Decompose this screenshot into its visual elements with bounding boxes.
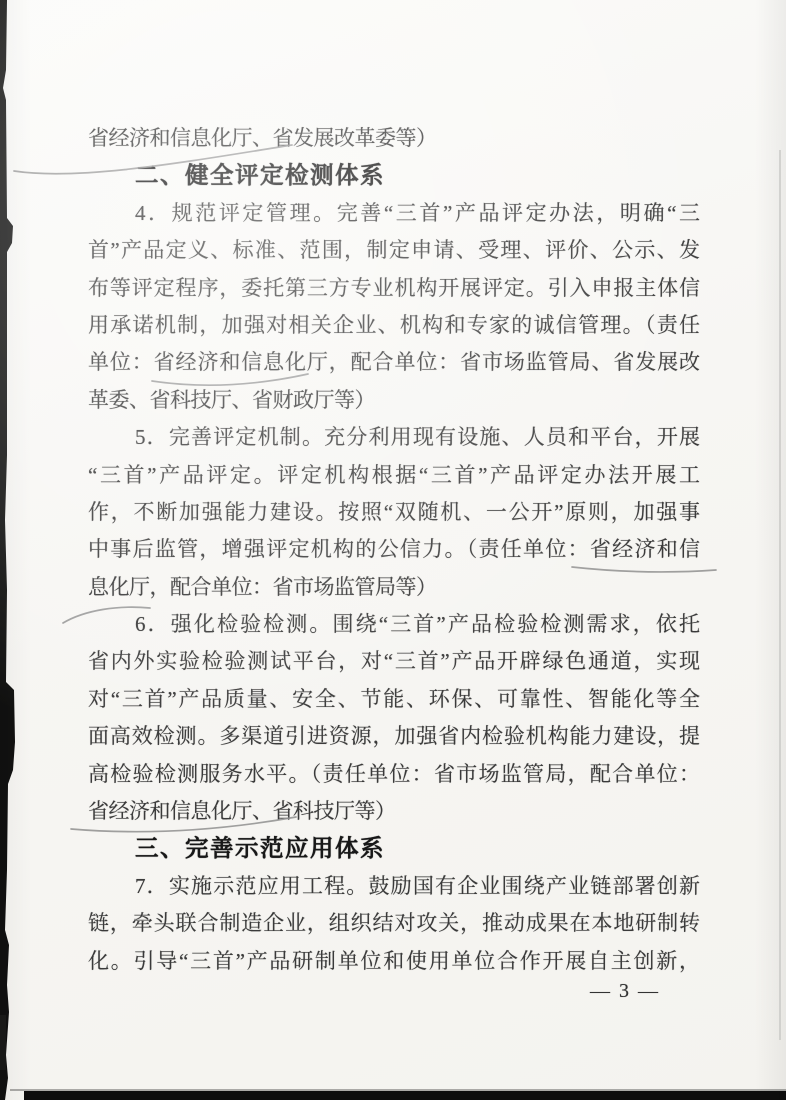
paragraph-line: 5．完善评定机制。充分利用现有设施、人员和平台，开展 [88, 419, 700, 456]
paragraph-line: 链，牵头联合制造企业，组织结对攻关，推动成果在本地研制转 [88, 905, 700, 942]
paragraph-line: 息化厅，配合单位：省市场监管局等） [88, 569, 700, 606]
scanned-document-page: 省经济和信息化厅、省发展改革委等） 二、健全评定检测体系 4．规范评定管理。完善… [0, 0, 786, 1100]
paragraph-line: 布等评定程序，委托第三方专业机构开展评定。引入申报主体信 [88, 270, 700, 307]
paragraph-line: 省内外实验检验测试平台，对“三首”产品开辟绿色通道，实现 [88, 643, 700, 680]
paragraph-line: 化。引导“三首”产品研制单位和使用单位合作开展自主创新， [88, 943, 700, 980]
scan-edge-right [779, 150, 781, 1040]
text-block: 省经济和信息化厅、省发展改革委等） 二、健全评定检测体系 4．规范评定管理。完善… [88, 120, 700, 980]
paragraph-line: 作，不断加强能力建设。按照“双随机、一公开”原则，加强事 [88, 494, 700, 531]
paragraph-line: 首”产品定义、标准、范围，制定申请、受理、评价、公示、发 [88, 232, 700, 269]
paragraph-line: 6．强化检验检测。围绕“三首”产品检验检测需求，依托 [88, 606, 700, 643]
paragraph-line: 单位：省经济和信息化厅，配合单位：省市场监管局、省发展改 [88, 344, 700, 381]
paragraph-line: 高检验检测服务水平。（责任单位：省市场监管局，配合单位： [88, 756, 700, 793]
scan-edge-bottom [24, 1091, 786, 1100]
paragraph-line: 中事后监管，增强评定机构的公信力。（责任单位：省经济和信 [88, 531, 700, 568]
page-number: — 3 — [560, 980, 690, 1003]
paragraph-line: 7．实施示范应用工程。鼓励国有企业围绕产业链部署创新 [88, 868, 700, 905]
paragraph-line: 革委、省科技厅、省财政厅等） [88, 382, 700, 419]
scan-edge-left [0, 0, 20, 1100]
paragraph-line: 对“三首”产品质量、安全、节能、环保、可靠性、智能化等全 [88, 681, 700, 718]
paragraph-line: 面高效检测。多渠道引进资源，加强省内检验机构能力建设，提 [88, 718, 700, 755]
paragraph-line: 省经济和信息化厅、省发展改革委等） [88, 120, 700, 157]
paragraph-line: 省经济和信息化厅、省科技厅等） [88, 793, 700, 830]
paragraph-line: 用承诺机制，加强对相关企业、机构和专家的诚信管理。（责任 [88, 307, 700, 344]
paragraph-line: 4．规范评定管理。完善“三首”产品评定办法，明确“三 [88, 195, 700, 232]
section-heading: 二、健全评定检测体系 [88, 157, 700, 194]
section-heading: 三、完善示范应用体系 [88, 830, 700, 867]
paragraph-line: “三首”产品评定。评定机构根据“三首”产品评定办法开展工 [88, 457, 700, 494]
